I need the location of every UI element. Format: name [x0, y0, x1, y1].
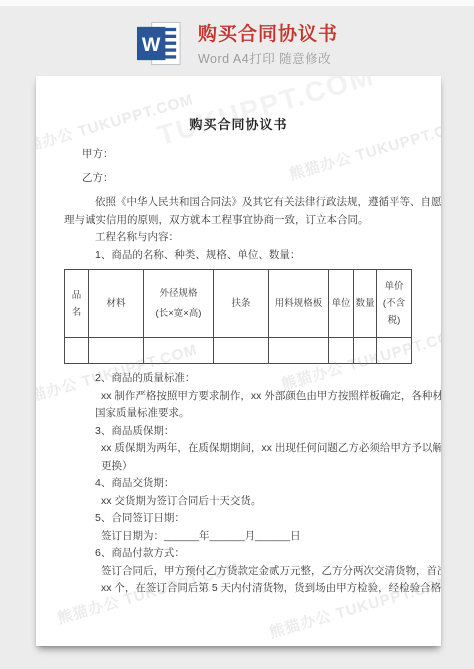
- table-header-row: 品 名 材料 外径规格 (长×宽×高) 扶条 用料规格板 单位 数量: [65, 270, 412, 338]
- clause-2-body-2: 国家质量标准要求。: [95, 405, 413, 423]
- col-header-futiao: 扶条: [214, 270, 269, 338]
- table-row: [65, 338, 412, 364]
- document-title: 购买合同协议书: [64, 114, 413, 133]
- preamble-line-1: 依照《中华人民共和国合同法》及其它有关法律行政法规，遵循平等、自愿、公平、合: [95, 194, 413, 212]
- clause-5-heading: 5、合同签订日期：: [95, 510, 413, 528]
- goods-table: 品 名 材料 外径规格 (长×宽×高) 扶条 用料规格板 单位 数量: [64, 269, 412, 364]
- clause-5-body: 签订日期为：______年______月______日: [101, 528, 413, 546]
- clause-6-heading: 6、商品付款方式：: [95, 545, 413, 563]
- clause-6-body-1: 签订合同后，甲方预付乙方货款定金贰万元整，乙方分两次交清货物，首次交货量为: [101, 563, 413, 581]
- clause-1-heading: 1、商品的名称、种类、规格、单位、数量：: [95, 247, 413, 265]
- clause-3-heading: 3、商品质保期：: [95, 423, 413, 441]
- clause-2-heading: 2、商品的质量标准：: [95, 370, 413, 388]
- clause-4-heading: 4、商品交货期：: [95, 475, 413, 493]
- col-header-quantity: 数量: [354, 270, 377, 338]
- clause-3-body-2: 更换）: [101, 458, 413, 476]
- clause-4-body: xx 交货期为签订合同后十天交货。: [101, 493, 413, 511]
- clause-6-body-2: xx 个，在签订合同后第 5 天内付清货物，货到场由甲方检验，经检验合格后甲方当: [101, 580, 413, 598]
- clause-3-body-1: xx 质保期为两年，在质保期期间，xx 出现任何问题乙方必须给甲方予以解决。（包…: [101, 440, 413, 458]
- col-header-outer-spec: 外径规格 (长×宽×高): [144, 270, 214, 338]
- clause-2-body-1: xx 制作严格按照甲方要求制作，xx 外部颜色由甲方按照样板确定，各种材质必须符…: [101, 388, 413, 406]
- party-b-line: 乙方：: [82, 170, 413, 188]
- party-a-line: 甲方：: [82, 146, 413, 164]
- page-title: 购买合同协议书: [198, 19, 338, 46]
- col-header-unit-price: 单价 (不含 税): [377, 270, 412, 338]
- word-icon: W: [136, 20, 183, 67]
- col-header-material: 材料: [89, 270, 144, 338]
- project-heading: 工程名称与内容：: [95, 229, 413, 247]
- document-page: 熊猫办公 TUKUPPT.COM TUKUPPT.COM 熊猫办公 TUKUPP…: [36, 76, 441, 646]
- page-subtitle: Word A4打印 随意修改: [198, 49, 338, 67]
- header: W 购买合同协议书 Word A4打印 随意修改: [0, 6, 474, 70]
- col-header-product-name: 品 名: [65, 270, 89, 338]
- col-header-unit: 单位: [329, 270, 354, 338]
- svg-text:W: W: [142, 33, 161, 55]
- preamble-line-2: 理与诚实信用的原则，双方就本工程事宜协商一致，订立本合同。: [64, 212, 413, 230]
- col-header-board-spec: 用料规格板: [269, 270, 329, 338]
- header-text: 购买合同协议书 Word A4打印 随意修改: [198, 19, 338, 67]
